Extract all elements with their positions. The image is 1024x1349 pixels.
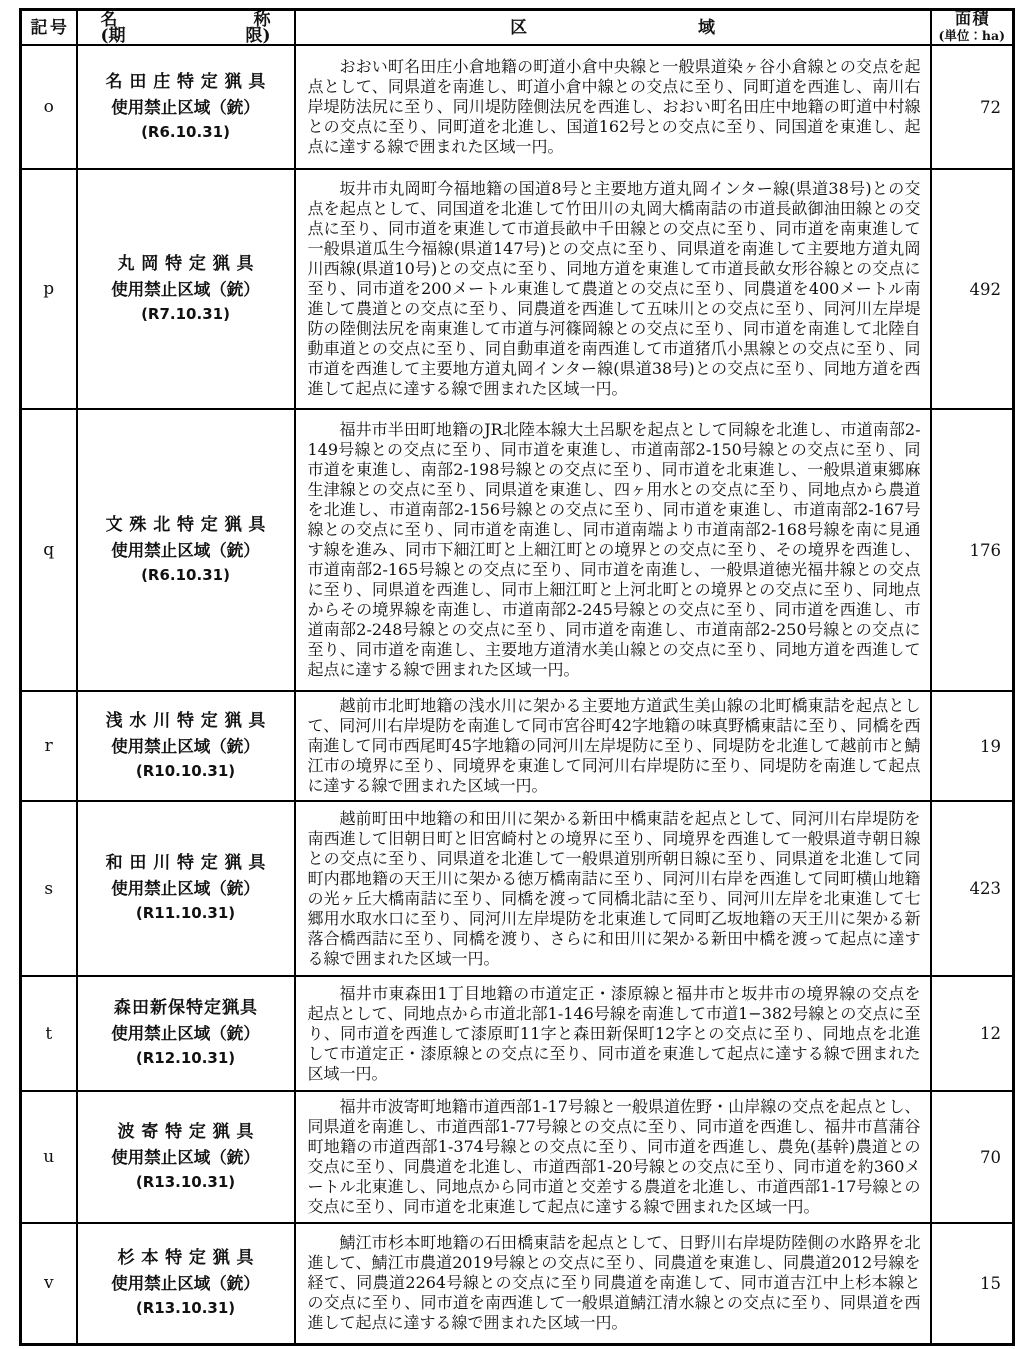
row-area-ha: 492 — [931, 169, 1014, 409]
row-symbol: s — [21, 801, 77, 976]
area-period: (R12.10.31) — [78, 1046, 294, 1071]
area-name-suffix: 使用禁止区域（銃） — [78, 277, 294, 302]
area-description: 坂井市丸岡町今福地籍の国道8号と主要地方道丸岡インター線(県道38号)との交点を… — [308, 179, 921, 399]
column-header-area-label: 区域 — [510, 20, 715, 36]
row-symbol: r — [21, 691, 77, 801]
row-area-ha: 423 — [931, 801, 1014, 976]
row-area-ha: 70 — [931, 1091, 1014, 1223]
table-row-u: u 波寄特定猟具 使用禁止区域（銃） (R13.10.31) 福井市波寄町地籍市… — [21, 1091, 1014, 1223]
area-description: 越前市北町地籍の浅水川に架かる主要地方道武生美山線の北町橋東詰を起点として、同河… — [308, 696, 921, 796]
area-period: (R6.10.31) — [78, 563, 294, 588]
area-name: 文殊北特定猟具 — [78, 513, 295, 538]
column-header-symbol-label: 記号 — [22, 20, 76, 36]
area-name: 浅水川特定猟具 — [78, 709, 295, 734]
row-name-cell: 森田新保特定猟具 使用禁止区域（銃） (R12.10.31) — [77, 976, 295, 1091]
row-area-description-cell: 福井市半田町地籍のJR北陸本線大土呂駅を起点として同線を北進し、市道南部2-14… — [295, 409, 931, 691]
area-description: 越前町田中地籍の和田川に架かる新田中橋東詰を起点として、同河川右岸堤防を南西進し… — [308, 809, 921, 969]
row-area-ha: 19 — [931, 691, 1014, 801]
area-name: 波寄特定猟具 — [78, 1120, 295, 1145]
area-name: 森田新保特定猟具 — [78, 996, 295, 1021]
area-name: 名田庄特定猟具 — [78, 70, 295, 95]
row-name-cell: 名田庄特定猟具 使用禁止区域（銃） (R6.10.31) — [77, 45, 295, 169]
area-name-suffix: 使用禁止区域（銃） — [78, 95, 294, 120]
column-header-name-period: 名称 (期限) — [77, 10, 295, 46]
table-row-s: s 和田川特定猟具 使用禁止区域（銃） (R11.10.31) 越前町田中地籍の… — [21, 801, 1014, 976]
area-period: (R13.10.31) — [78, 1296, 294, 1321]
row-area-description-cell: 越前市北町地籍の浅水川に架かる主要地方道武生美山線の北町橋東詰を起点として、同河… — [295, 691, 931, 801]
row-symbol: u — [21, 1091, 77, 1223]
area-name: 和田川特定猟具 — [78, 851, 295, 876]
row-symbol: q — [21, 409, 77, 691]
table-row-v: v 杉本特定猟具 使用禁止区域（銃） (R13.10.31) 鯖江市杉本町地籍の… — [21, 1223, 1014, 1344]
row-symbol: p — [21, 169, 77, 409]
area-period: (R13.10.31) — [78, 1170, 294, 1195]
table-row-p: p 丸岡特定猟具 使用禁止区域（銃） (R7.10.31) 坂井市丸岡町今福地籍… — [21, 169, 1014, 409]
area-name-suffix: 使用禁止区域（銃） — [78, 876, 294, 901]
area-name-suffix: 使用禁止区域（銃） — [78, 538, 294, 563]
row-area-description-cell: 坂井市丸岡町今福地籍の国道8号と主要地方道丸岡インター線(県道38号)との交点を… — [295, 169, 931, 409]
row-area-description-cell: 福井市東森田1丁目地籍の市道定正・漆原線と福井市と坂井市の境界線の交点を起点とし… — [295, 976, 931, 1091]
area-description: 福井市波寄町地籍市道西部1-17号線と一般県道佐野・山岸線の交点を起点とし、同県… — [308, 1097, 921, 1217]
row-name-cell: 文殊北特定猟具 使用禁止区域（銃） (R6.10.31) — [77, 409, 295, 691]
row-area-description-cell: 福井市波寄町地籍市道西部1-17号線と一般県道佐野・山岸線の交点を起点とし、同県… — [295, 1091, 931, 1223]
area-name: 丸岡特定猟具 — [78, 252, 295, 277]
column-header-size: 面積 (単位：ha) — [931, 10, 1014, 46]
row-name-cell: 浅水川特定猟具 使用禁止区域（銃） (R10.10.31) — [77, 691, 295, 801]
table-row-o: o 名田庄特定猟具 使用禁止区域（銃） (R6.10.31) おおい町名田庄小倉… — [21, 45, 1014, 169]
column-header-size-line1: 面積 — [932, 11, 1013, 27]
hunting-restriction-area-table: 記号 名称 (期限) 区域 面積 (単位：ha) — [19, 8, 1015, 1346]
row-symbol: o — [21, 45, 77, 169]
column-header-size-line2: (単位：ha) — [932, 28, 1013, 44]
area-description: おおい町名田庄小倉地籍の町道小倉中央線と一般県道染ヶ谷小倉線との交点を起点として… — [308, 57, 921, 157]
column-header-area-description: 区域 — [295, 10, 931, 46]
row-name-cell: 和田川特定猟具 使用禁止区域（銃） (R11.10.31) — [77, 801, 295, 976]
column-header-symbol: 記号 — [21, 10, 77, 46]
column-header-name-line2: (期限) — [101, 28, 271, 44]
area-period: (R7.10.31) — [78, 302, 294, 327]
area-period: (R6.10.31) — [78, 120, 294, 145]
area-name-suffix: 使用禁止区域（銃） — [78, 1271, 294, 1296]
area-period: (R11.10.31) — [78, 901, 294, 926]
area-name: 杉本特定猟具 — [78, 1246, 295, 1271]
area-description: 福井市東森田1丁目地籍の市道定正・漆原線と福井市と坂井市の境界線の交点を起点とし… — [308, 984, 921, 1084]
row-area-ha: 15 — [931, 1223, 1014, 1344]
row-area-ha: 72 — [931, 45, 1014, 169]
row-area-description-cell: 越前町田中地籍の和田川に架かる新田中橋東詰を起点として、同河川右岸堤防を南西進し… — [295, 801, 931, 976]
row-symbol: v — [21, 1223, 77, 1344]
row-area-description-cell: おおい町名田庄小倉地籍の町道小倉中央線と一般県道染ヶ谷小倉線との交点を起点として… — [295, 45, 931, 169]
row-area-ha: 176 — [931, 409, 1014, 691]
area-period: (R10.10.31) — [78, 759, 294, 784]
table-row-t: t 森田新保特定猟具 使用禁止区域（銃） (R12.10.31) 福井市東森田1… — [21, 976, 1014, 1091]
row-area-ha: 12 — [931, 976, 1014, 1091]
row-area-description-cell: 鯖江市杉本町地籍の石田橋東詰を起点として、日野川右岸堤防陸側の水路界を北進して、… — [295, 1223, 931, 1344]
area-name-suffix: 使用禁止区域（銃） — [78, 1145, 294, 1170]
area-name-suffix: 使用禁止区域（銃） — [78, 734, 294, 759]
table-header-row: 記号 名称 (期限) 区域 面積 (単位：ha) — [21, 10, 1014, 46]
document-page: 記号 名称 (期限) 区域 面積 (単位：ha) — [19, 8, 1015, 1346]
area-description: 福井市半田町地籍のJR北陸本線大土呂駅を起点として同線を北進し、市道南部2-14… — [308, 420, 921, 680]
table-row-r: r 浅水川特定猟具 使用禁止区域（銃） (R10.10.31) 越前市北町地籍の… — [21, 691, 1014, 801]
area-name-suffix: 使用禁止区域（銃） — [78, 1021, 294, 1046]
row-name-cell: 丸岡特定猟具 使用禁止区域（銃） (R7.10.31) — [77, 169, 295, 409]
row-name-cell: 杉本特定猟具 使用禁止区域（銃） (R13.10.31) — [77, 1223, 295, 1344]
row-symbol: t — [21, 976, 77, 1091]
row-name-cell: 波寄特定猟具 使用禁止区域（銃） (R13.10.31) — [77, 1091, 295, 1223]
area-description: 鯖江市杉本町地籍の石田橋東詰を起点として、日野川右岸堤防陸側の水路界を北進して、… — [308, 1233, 921, 1333]
table-row-q: q 文殊北特定猟具 使用禁止区域（銃） (R6.10.31) 福井市半田町地籍の… — [21, 409, 1014, 691]
